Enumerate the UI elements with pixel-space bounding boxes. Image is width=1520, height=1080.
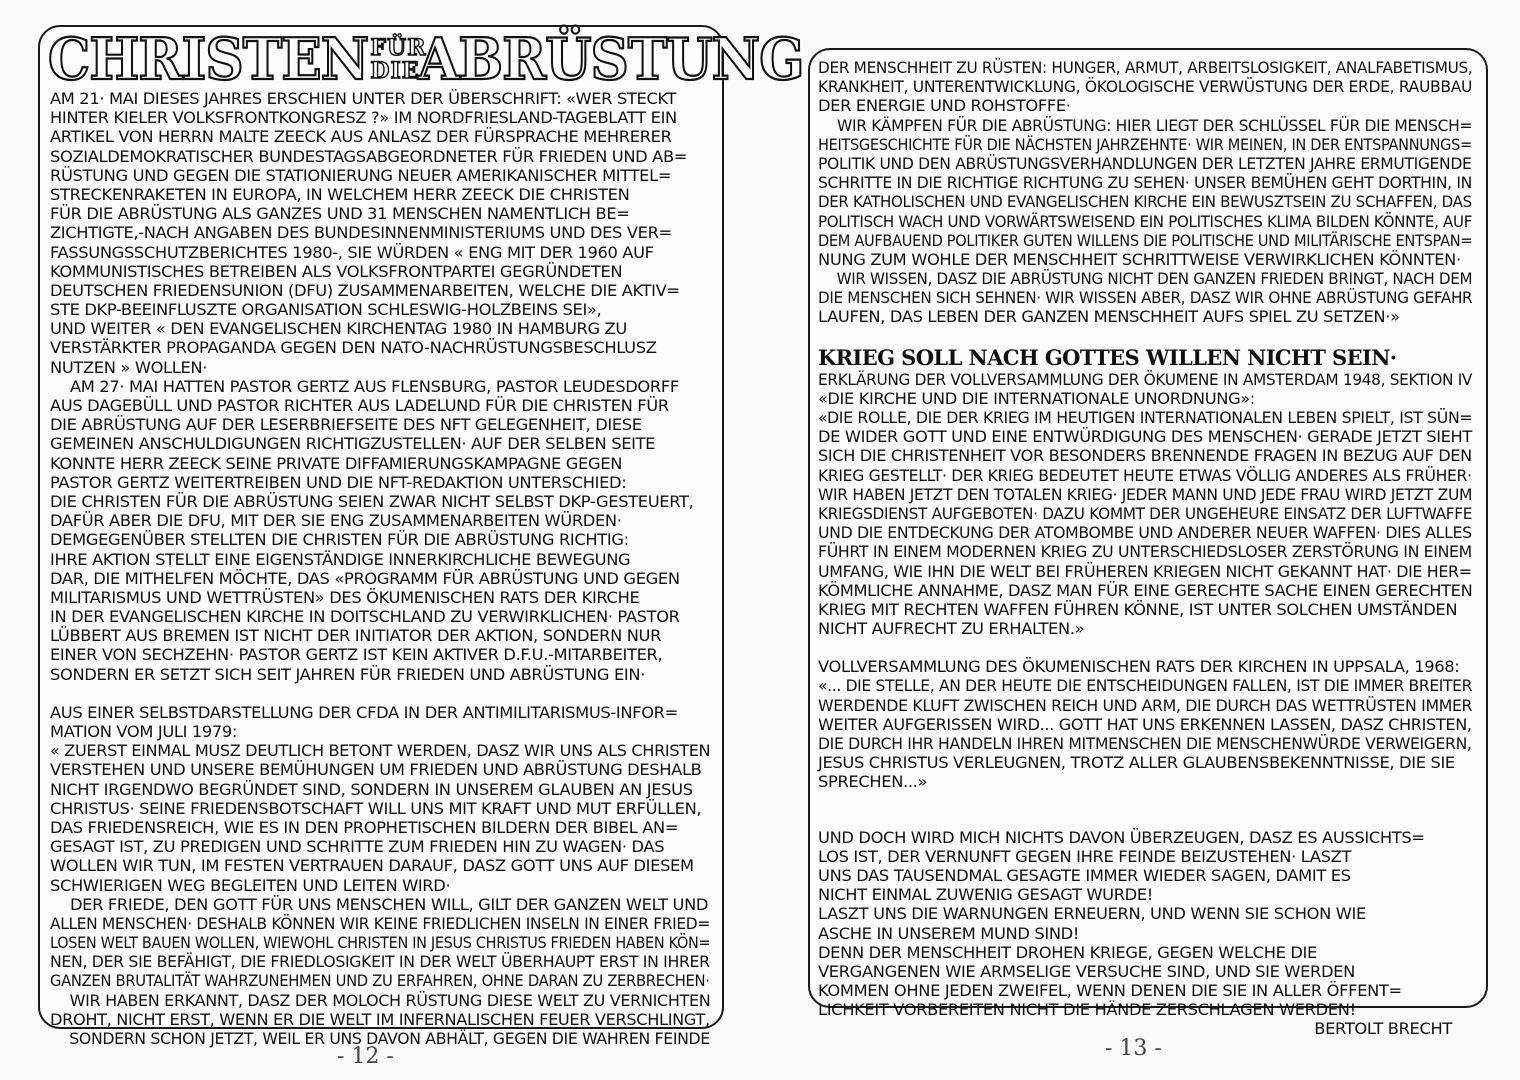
title-word-abruestung: ABRÜSTUNG bbox=[418, 31, 804, 89]
text-line: ASCHE IN UNSEREM MUND SIND! bbox=[818, 924, 1486, 943]
text-line: ARTIKEL VON HERRN MALTE ZEECK AUS ANLASZ… bbox=[50, 127, 722, 146]
text-line: IHRE AKTION STELLT EINE EIGENSTÄNDIGE IN… bbox=[50, 550, 722, 569]
page-number-left: - 12 - bbox=[337, 1044, 394, 1069]
paragraph-struggle: WIR KÄMPFEN FÜR DIE ABRÜSTUNG: HIER LIEG… bbox=[818, 116, 1486, 270]
text-line: NICHT AUFRECHT ZU ERHALTEN.» bbox=[818, 619, 1486, 638]
paragraph-pastors: AM 27· MAI HATTEN PASTOR GERTZ AUS FLENS… bbox=[50, 377, 722, 684]
text-line: NUNG ZUM WOHLE DER MENSCHHEIT SCHRITTWEI… bbox=[818, 250, 1486, 269]
text-line: KRIEG GESTELLT· DER KRIEG BEDEUTET HEUTE… bbox=[818, 466, 1459, 485]
text-line: WIR HABEN ERKANNT, DASZ DER MOLOCH RÜSTU… bbox=[50, 991, 711, 1010]
text-line: DER MENSCHHEIT ZU RÜSTEN: HUNGER, ARMUT,… bbox=[818, 58, 1447, 77]
text-line: «... DIE STELLE, AN DER HEUTE DIE ENTSCH… bbox=[818, 676, 1455, 695]
text-line: DIE CHRISTEN FÜR DIE ABRÜSTUNG SEIEN ZWA… bbox=[50, 492, 722, 511]
text-line: LOS IST, DER VERNUNFT GEGEN IHRE FEINDE … bbox=[818, 847, 1486, 866]
text-line: POLITIK UND DEN ABRÜSTUNGSVERHANDLUNGEN … bbox=[818, 154, 1457, 173]
text-line: SCHWIERIGEN WEG BEGLEITEN UND LEITEN WIR… bbox=[50, 876, 722, 895]
text-line: JESUS CHRISTUS VERLEUGNEN, TROTZ ALLER G… bbox=[818, 753, 1486, 772]
section-heading: KRIEG SOLL NACH GOTTES WILLEN NICHT SEIN… bbox=[818, 346, 1486, 370]
text-line: DEUTSCHEN FRIEDENSUNION (DFU) ZUSAMMENAR… bbox=[50, 281, 722, 300]
text-line: MILITARISMUS UND WETTRÜSTEN» DES ÖKUMENI… bbox=[50, 588, 722, 607]
text-line: NUTZEN » WOLLEN· bbox=[50, 358, 722, 377]
text-line: KRIEGSDIENST AUFGEBOTEN· DAZU KOMMT DER … bbox=[818, 504, 1447, 523]
text-line: ZICHTIGTE,-NACH ANGABEN DES BUNDESINNENM… bbox=[50, 223, 722, 242]
left-page-frame: CHRISTEN FÜR DIE ABRÜSTUNG AM 21· MAI DI… bbox=[38, 25, 724, 1029]
text-line: NICHT IRGENDWO BEGRÜNDET SIND, SONDERN I… bbox=[50, 780, 722, 799]
text-line: WEITER AUFGERISSEN WIRD... GOTT HAT UNS … bbox=[818, 715, 1478, 734]
paragraph-uppsala: VOLLVERSAMMLUNG DES ÖKUMENISCHEN RATS DE… bbox=[818, 657, 1486, 791]
text-line: LÜBBERT AUS BREMEN IST NICHT DER INITIAT… bbox=[50, 626, 722, 645]
paragraph-cfda-quote: AUS EINER SELBSTDARSTELLUNG DER CFDA IN … bbox=[50, 703, 722, 895]
text-line: FASSUNGSSCHUTZBERICHTES 1980-, SIE WÜRDE… bbox=[50, 243, 722, 262]
text-line: WOLLEN WIR TUN, IM FESTEN VERTRAUEN DARA… bbox=[50, 856, 722, 875]
title-word-christen: CHRISTEN bbox=[48, 31, 368, 89]
text-line: HINTER KIELER VOLKSFRONTKONGRESZ ?» IM N… bbox=[50, 108, 722, 127]
text-line: DAS FRIEDENSREICH, WIE ES IN DEN PROPHET… bbox=[50, 818, 722, 837]
text-line: HEITSGESCHICHTE FÜR DIE NÄCHSTEN JAHRZEH… bbox=[818, 135, 1414, 154]
text-line: « ZUERST EINMAL MUSZ DEUTLICH BETONT WER… bbox=[50, 741, 715, 760]
left-page-body: AM 21· MAI DIESES JAHRES ERSCHIEN UNTER … bbox=[50, 89, 722, 1048]
text-line: «DIE ROLLE, DIE DER KRIEG IM HEUTIGEN IN… bbox=[818, 408, 1464, 427]
text-line: FÜHRT IN EINEM MODERNEN KRIEG ZU UNTERSC… bbox=[818, 542, 1464, 561]
text-line: DER FRIEDE, DEN GOTT FÜR UNS MENSCHEN WI… bbox=[50, 895, 722, 914]
text-line: CHRISTUS· SEINE FRIEDENSBOTSCHAFT WILL U… bbox=[50, 799, 722, 818]
text-line: DAR, DIE MITHELFEN MÖCHTE, DAS «PROGRAMM… bbox=[50, 569, 722, 588]
text-line: DROHT, NICHT ERST, WENN ER DIE WELT IM I… bbox=[50, 1010, 717, 1029]
paragraph-peace: DER FRIEDE, DEN GOTT FÜR UNS MENSCHEN WI… bbox=[50, 895, 722, 991]
text-line: ERKLÄRUNG DER VOLLVERSAMMLUNG DER ÖKUMEN… bbox=[818, 370, 1447, 389]
text-line: AUS DAGEBÜLL UND PASTOR RICHTER AUS LADE… bbox=[50, 396, 722, 415]
text-line: AUS EINER SELBSTDARSTELLUNG DER CFDA IN … bbox=[50, 703, 722, 722]
right-page-body: DER MENSCHHEIT ZU RÜSTEN: HUNGER, ARMUT,… bbox=[818, 58, 1486, 1039]
text-line: STRECKENRAKETEN IN EUROPA, IN WELCHEM HE… bbox=[50, 185, 722, 204]
text-line: MATION VOM JULI 1979: bbox=[50, 722, 722, 741]
text-line: DAFÜR ABER DIE DFU, MIT DER SIE ENG ZUSA… bbox=[50, 511, 722, 530]
text-line: STE DKP-BEEINFLUSZTE ORGANISATION SCHLES… bbox=[50, 300, 722, 319]
text-line: LAUFEN, DAS LEBEN DER GANZEN MENSCHHEIT … bbox=[818, 307, 1486, 326]
text-line: DIE MENSCHEN SICH SEHNEN· WIR WISSEN ABE… bbox=[818, 288, 1441, 307]
text-line: GANZEN BRUTALITÄT WAHRZUNEHMEN UND ZU ER… bbox=[50, 971, 659, 990]
text-line: GESAGT IST, ZU PREDIGEN UND SCHRITTE ZUM… bbox=[50, 837, 722, 856]
paragraph-brecht-quote: UND DOCH WIRD MICH NICHTS DAVON ÜBERZEUG… bbox=[818, 828, 1486, 1020]
paragraph-amsterdam: ERKLÄRUNG DER VOLLVERSAMMLUNG DER ÖKUMEN… bbox=[818, 370, 1486, 639]
text-line: DER ENERGIE UND ROHSTOFFE· bbox=[818, 96, 1486, 115]
text-line: LICHKEIT VORBEREITEN NICHT DIE HÄNDE ZER… bbox=[818, 1000, 1486, 1019]
text-line: WIR HABEN JETZT DEN TOTALEN KRIEG· JEDER… bbox=[818, 485, 1456, 504]
text-line: VOLLVERSAMMLUNG DES ÖKUMENISCHEN RATS DE… bbox=[818, 657, 1486, 676]
text-line: VERSTÄRKTER PROPAGANDA GEGEN DEN NATO-NA… bbox=[50, 338, 722, 357]
paragraph-threats: DER MENSCHHEIT ZU RÜSTEN: HUNGER, ARMUT,… bbox=[818, 58, 1486, 116]
text-line: SICH DIE CHRISTENHEIT VOR BESONDERS BREN… bbox=[818, 446, 1480, 465]
text-line: EINER VON SECHZEHN· PASTOR GERTZ IST KEI… bbox=[50, 645, 722, 664]
paragraph-intro: AM 21· MAI DIESES JAHRES ERSCHIEN UNTER … bbox=[50, 89, 722, 377]
text-line: NEN, DER SIE BEFÄHIGT, DIE FRIEDLOSIGKEI… bbox=[50, 952, 699, 971]
text-line: «DIE KIRCHE UND DIE INTERNATIONALE UNORD… bbox=[818, 389, 1486, 408]
text-line: SPRECHEN...» bbox=[818, 772, 1486, 791]
text-line: SONDERN ER SETZT SICH SEIT JAHREN FÜR FR… bbox=[50, 665, 722, 684]
text-line: VERSTEHEN UND UNSERE BEMÜHUNGEN UM FRIED… bbox=[50, 760, 722, 779]
paragraph-knowledge: WIR WISSEN, DASZ DIE ABRÜSTUNG NICHT DEN… bbox=[818, 269, 1486, 327]
text-line: DENN DER MENSCHHEIT DROHEN KRIEGE, GEGEN… bbox=[818, 943, 1486, 962]
text-line: DEM AUFBAUEND POLITIKER GUTEN WILLENS DI… bbox=[818, 231, 1416, 250]
text-line: RÜSTUNG UND GEGEN DIE STATIONIERUNG NEUE… bbox=[50, 166, 722, 185]
text-line: UNS DAS TAUSENDMAL GESAGTE IMMER WIEDER … bbox=[818, 866, 1486, 885]
text-line: KRIEG MIT RECHTEN WAFFEN FÜHREN KÖNNE, I… bbox=[818, 600, 1486, 619]
text-line: IN DER EVANGELISCHEN KIRCHE IN DOITSCHLA… bbox=[50, 607, 722, 626]
right-page-frame: DER MENSCHHEIT ZU RÜSTEN: HUNGER, ARMUT,… bbox=[808, 48, 1488, 1008]
page-number-right: - 13 - bbox=[1105, 1036, 1162, 1061]
text-line: LASZT UNS DIE WARNUNGEN ERNEUERN, UND WE… bbox=[818, 904, 1486, 923]
text-line: KOMMEN OHNE JEDEN ZWEIFEL, WENN DENEN DI… bbox=[818, 981, 1486, 1000]
paragraph-moloch: WIR HABEN ERKANNT, DASZ DER MOLOCH RÜSTU… bbox=[50, 991, 722, 1049]
text-line: PASTOR GERTZ WEITERTREIBEN UND DIE NFT-R… bbox=[50, 473, 722, 492]
text-line: UND DOCH WIRD MICH NICHTS DAVON ÜBERZEUG… bbox=[818, 828, 1486, 847]
text-line: DER KATHOLISCHEN UND EVANGELISCHEN KIRCH… bbox=[818, 192, 1435, 211]
text-line: KRANKHEIT, UNTERENTWICKLUNG, ÖKOLOGISCHE… bbox=[818, 77, 1457, 96]
text-line: WIR WISSEN, DASZ DIE ABRÜSTUNG NICHT DEN… bbox=[818, 269, 1439, 288]
text-line: DIE DURCH IHR HANDELN IHREN MITMENSCHEN … bbox=[818, 734, 1459, 753]
page-title: CHRISTEN FÜR DIE ABRÜSTUNG bbox=[48, 31, 722, 89]
text-line: KONNTE HERR ZEECK SEINE PRIVATE DIFFAMIE… bbox=[50, 454, 722, 473]
text-line: UND DIE ENTDECKUNG DER ATOMBOMBE UND AND… bbox=[818, 523, 1462, 542]
text-line: DIE ABRÜSTUNG AUF DER LESERBRIEFSEITE DE… bbox=[50, 415, 722, 434]
text-line: SOZIALDEMOKRATISCHER BUNDESTAGSABGEORDNE… bbox=[50, 147, 722, 166]
text-line: UND WEITER « DEN EVANGELISCHEN KIRCHENTA… bbox=[50, 319, 722, 338]
text-line: SCHRITTE IN DIE RICHTIGE RICHTUNG ZU SEH… bbox=[818, 173, 1458, 192]
text-line: VERGANGENEN WIE ARMSELIGE VERSUCHE SIND,… bbox=[818, 962, 1486, 981]
text-line: KOMMUNISTISCHES BETREIBEN ALS VOLKSFRONT… bbox=[50, 262, 722, 281]
text-line: ALLEN MENSCHEN· DESHALB KÖNNEN WIR KEINE… bbox=[50, 914, 686, 933]
text-line: WIR KÄMPFEN FÜR DIE ABRÜSTUNG: HIER LIEG… bbox=[818, 116, 1454, 135]
text-line: WERDENDE KLUFT ZWISCHEN REICH UND ARM, D… bbox=[818, 696, 1464, 715]
text-line: DE WIDER GOTT UND EINE ENTWÜRDIGUNG DES … bbox=[818, 427, 1484, 446]
text-line: DEMGEGENÜBER STELLTEN DIE CHRISTEN FÜR D… bbox=[50, 530, 722, 549]
text-line: GEMEINEN ANSCHULDIGUNGEN RICHTIGZUSTELLE… bbox=[50, 434, 722, 453]
text-line: KÖMMLICHE ANNAHME, DASZ MAN FÜR EINE GER… bbox=[818, 581, 1484, 600]
text-line: AM 27· MAI HATTEN PASTOR GERTZ AUS FLENS… bbox=[50, 377, 722, 396]
text-line: LOSEN WELT BAUEN WOLLEN, WIEWOHL CHRISTE… bbox=[50, 933, 645, 952]
text-line: NICHT EINMAL ZUWENIG GESAGT WURDE! bbox=[818, 885, 1486, 904]
text-line: FÜR DIE ABRÜSTUNG ALS GANZES UND 31 MENS… bbox=[50, 204, 722, 223]
text-line: POLITISCH WACH UND VORWÄRTSWEISEND EIN P… bbox=[818, 212, 1436, 231]
text-line: UMFANG, WIE IHN DIE WELT BEI FRÜHEREN KR… bbox=[818, 562, 1468, 581]
